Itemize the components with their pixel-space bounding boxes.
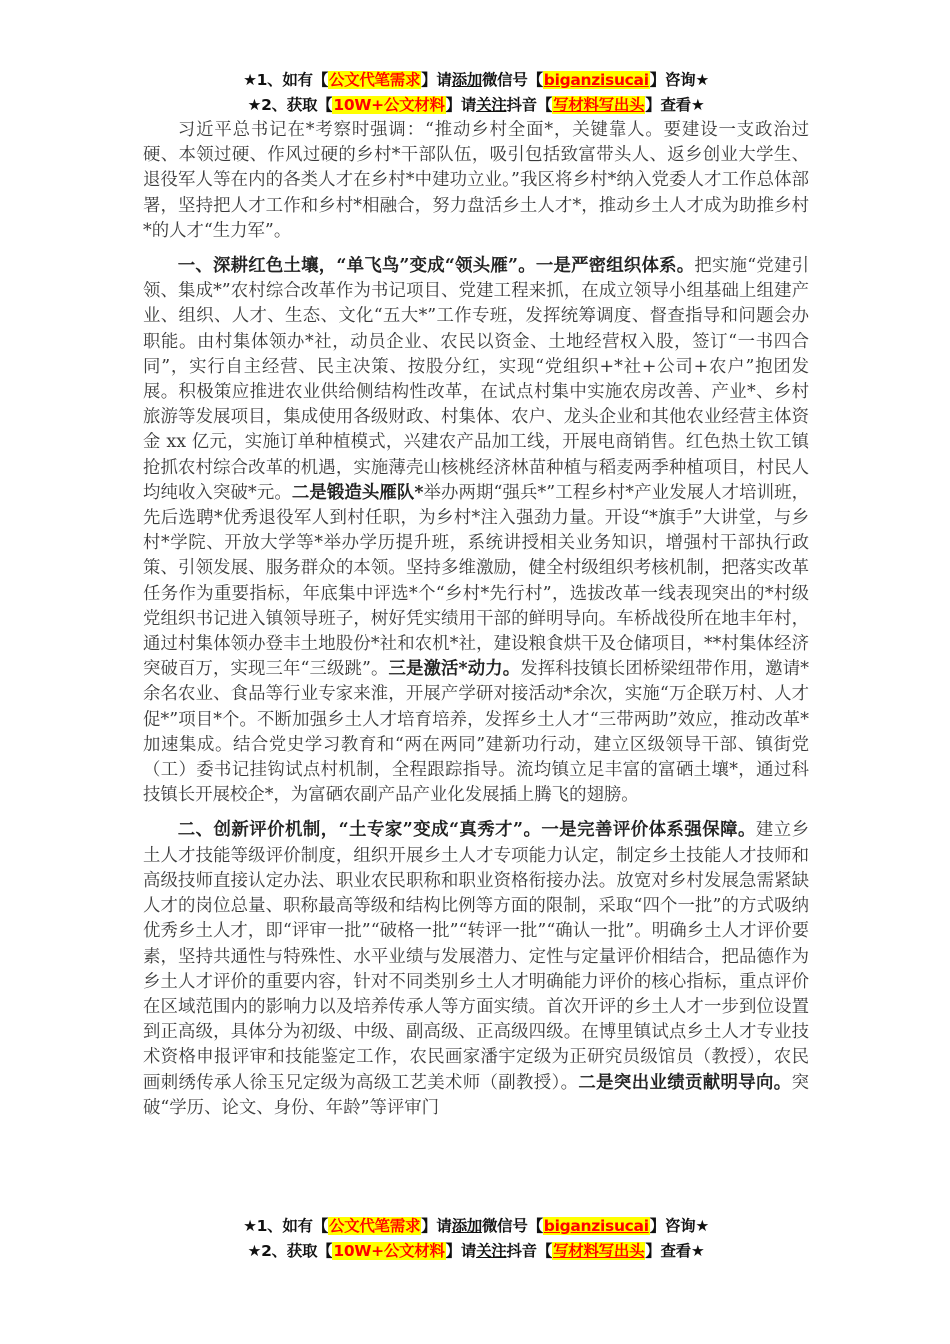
add-emphasis: 添加 bbox=[452, 1217, 482, 1235]
promo-text: 微信号【 bbox=[482, 71, 543, 89]
paragraph-text: 建立乡土人才技能等级评价制度，组织开展乡土人才专项能力认定，制定乡土技能人才技师… bbox=[143, 820, 809, 1092]
promo-text: ★1、如有【 bbox=[243, 1217, 328, 1235]
wechat-id-link[interactable]: biganzisucai bbox=[543, 71, 650, 89]
promo-text: 微信号【 bbox=[482, 1217, 543, 1235]
subheading: 二是锻造头雁队* bbox=[292, 483, 424, 503]
douyin-account-link[interactable]: 写材料写出头 bbox=[552, 96, 645, 114]
materials-highlight: 10W+公文材料 bbox=[332, 96, 445, 114]
promo-text: ★1、如有【 bbox=[243, 71, 328, 89]
wechat-id-link[interactable]: biganzisucai bbox=[543, 1217, 650, 1235]
promo-text: 】查看★ bbox=[645, 96, 704, 114]
promo-text: 】请 bbox=[421, 71, 451, 89]
promo-text: 】请 bbox=[446, 1242, 476, 1260]
paragraph-text: 把实施“党建引领、集成*”农村综合改革作为书记项目、党建工程来抓，在成立领导小组… bbox=[143, 256, 809, 503]
promo-text: 抖音【 bbox=[506, 1242, 552, 1260]
ghostwriting-highlight: 公文代笔需求 bbox=[328, 71, 421, 89]
ghostwriting-highlight: 公文代笔需求 bbox=[328, 1217, 421, 1235]
section-1-paragraph: 一、深耕红色土壤，“单飞鸟”变成“领头雁”。一是严密组织体系。把实施“党建引领、… bbox=[143, 254, 809, 808]
promo-line-2: ★2、获取【10W+公文材料】请关注抖音【写材料写出头】查看★ bbox=[143, 1239, 809, 1264]
document-body: 习近平总书记在*考察时强调：“推动乡村全面*，关键靠人。要建设一支政治过硬、本领… bbox=[143, 118, 809, 1121]
section-2-paragraph: 二、创新评价机制，“土专家”变成“真秀才”。一是完善评价体系强保障。建立乡土人才… bbox=[143, 818, 809, 1120]
section-2-heading: 二、创新评价机制，“土专家”变成“真秀才”。一是完善评价体系强保障。 bbox=[178, 820, 756, 840]
promo-line-2: ★2、获取【10W+公文材料】请关注抖音【写材料写出头】查看★ bbox=[143, 93, 809, 118]
follow-emphasis: 关注 bbox=[476, 96, 506, 114]
promo-text: 抖音【 bbox=[506, 96, 552, 114]
promo-line-1: ★1、如有【公文代笔需求】请添加微信号【biganzisucai】咨询★ bbox=[143, 68, 809, 93]
add-emphasis: 添加 bbox=[452, 71, 482, 89]
promo-text: 】咨询★ bbox=[650, 71, 709, 89]
promo-text: 】查看★ bbox=[645, 1242, 704, 1260]
paragraph-text: 举办两期“强兵*”工程乡村*产业发展人才培训班，先后选聘*优秀退役军人到村任职，… bbox=[143, 483, 809, 679]
section-1-heading: 一、深耕红色土壤，“单飞鸟”变成“领头雁”。一是严密组织体系。 bbox=[178, 256, 695, 276]
subheading: 二是突出业绩贡献明导向。 bbox=[578, 1073, 791, 1093]
douyin-account-link[interactable]: 写材料写出头 bbox=[552, 1242, 645, 1260]
intro-paragraph: 习近平总书记在*考察时强调：“推动乡村全面*，关键靠人。要建设一支政治过硬、本领… bbox=[143, 118, 809, 244]
promo-text: 】请 bbox=[446, 96, 476, 114]
follow-emphasis: 关注 bbox=[476, 1242, 506, 1260]
promo-text: 】咨询★ bbox=[650, 1217, 709, 1235]
promo-banner-bottom: ★1、如有【公文代笔需求】请添加微信号【biganzisucai】咨询★ ★2、… bbox=[143, 1214, 809, 1264]
promo-text: 】请 bbox=[421, 1217, 451, 1235]
promo-text: ★2、获取【 bbox=[248, 96, 333, 114]
promo-banner-top: ★1、如有【公文代笔需求】请添加微信号【biganzisucai】咨询★ ★2、… bbox=[143, 68, 809, 118]
materials-highlight: 10W+公文材料 bbox=[332, 1242, 445, 1260]
subheading: 三是激活*动力。 bbox=[389, 659, 521, 679]
promo-line-1: ★1、如有【公文代笔需求】请添加微信号【biganzisucai】咨询★ bbox=[143, 1214, 809, 1239]
paragraph-text: 发挥科技镇长团桥梁纽带作用，邀请*余名农业、食品等行业专家来淮，开展产学研对接活… bbox=[143, 659, 809, 805]
promo-text: ★2、获取【 bbox=[248, 1242, 333, 1260]
